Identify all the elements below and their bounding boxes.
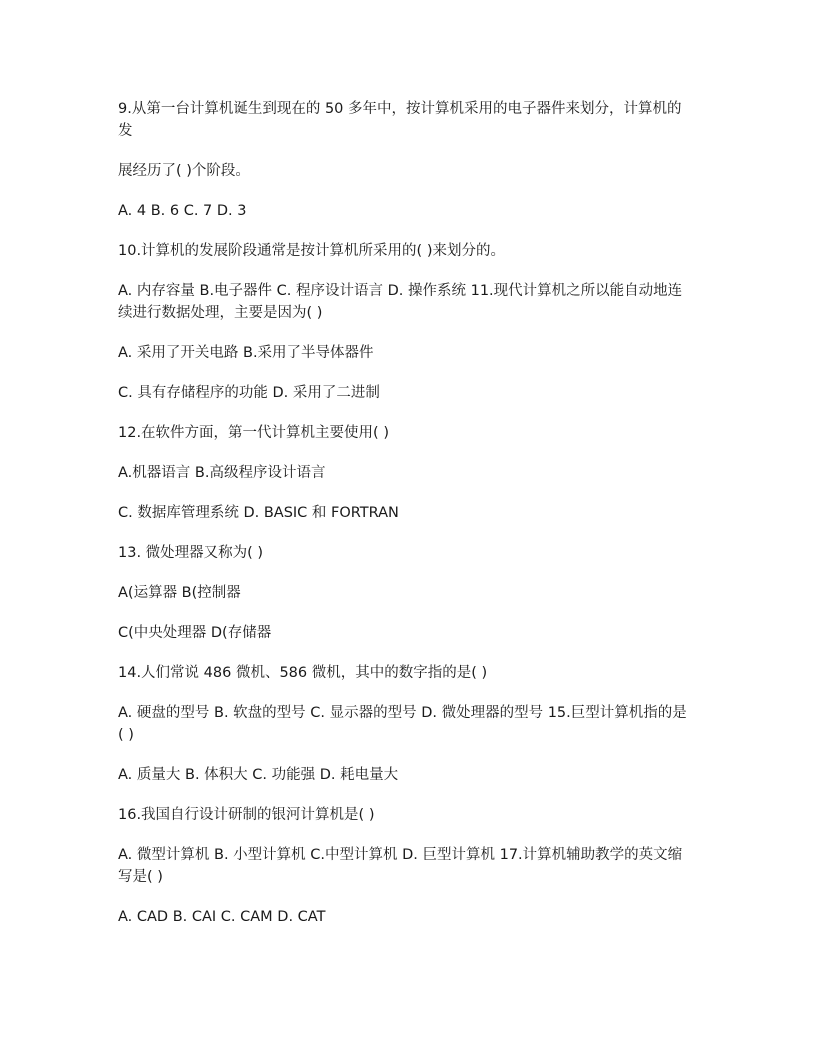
question-12-options-cd: C. 数据库管理系统 D. BASIC 和 FORTRAN (118, 502, 688, 524)
question-10-stem: 10.计算机的发展阶段通常是按计算机所采用的( )来划分的。 (118, 240, 688, 262)
question-9-stem-line2: 展经历了( )个阶段。 (118, 160, 688, 182)
question-11-options-ab: A. 采用了开关电路 B.采用了半导体器件 (118, 342, 688, 364)
question-14-stem: 14.人们常说 486 微机、586 微机，其中的数字指的是( ) (118, 662, 688, 684)
question-13-stem: 13. 微处理器又称为( ) (118, 542, 688, 564)
question-14-options-question-15-stem: A. 硬盘的型号 B. 软盘的型号 C. 显示器的型号 D. 微处理器的型号 1… (118, 702, 688, 746)
question-9-stem-line1: 9.从第一台计算机诞生到现在的 50 多年中，按计算机采用的电子器件来划分，计算… (118, 98, 688, 142)
question-16-options-question-17-stem: A. 微型计算机 B. 小型计算机 C.中型计算机 D. 巨型计算机 17.计算… (118, 844, 688, 888)
question-16-stem: 16.我国自行设计研制的银河计算机是( ) (118, 804, 688, 826)
document-page: 9.从第一台计算机诞生到现在的 50 多年中，按计算机采用的电子器件来划分，计算… (118, 98, 688, 946)
question-12-stem: 12.在软件方面，第一代计算机主要使用( ) (118, 422, 688, 444)
question-13-options-cd: C(中央处理器 D(存储器 (118, 622, 688, 644)
question-17-options: A. CAD B. CAI C. CAM D. CAT (118, 906, 688, 928)
question-12-options-ab: A.机器语言 B.高级程序设计语言 (118, 462, 688, 484)
question-10-options-question-11-stem: A. 内存容量 B.电子器件 C. 程序设计语言 D. 操作系统 11.现代计算… (118, 280, 688, 324)
question-9-options: A. 4 B. 6 C. 7 D. 3 (118, 200, 688, 222)
question-13-options-ab: A(运算器 B(控制器 (118, 582, 688, 604)
question-11-options-cd: C. 具有存储程序的功能 D. 采用了二进制 (118, 382, 688, 404)
question-15-options: A. 质量大 B. 体积大 C. 功能强 D. 耗电量大 (118, 764, 688, 786)
